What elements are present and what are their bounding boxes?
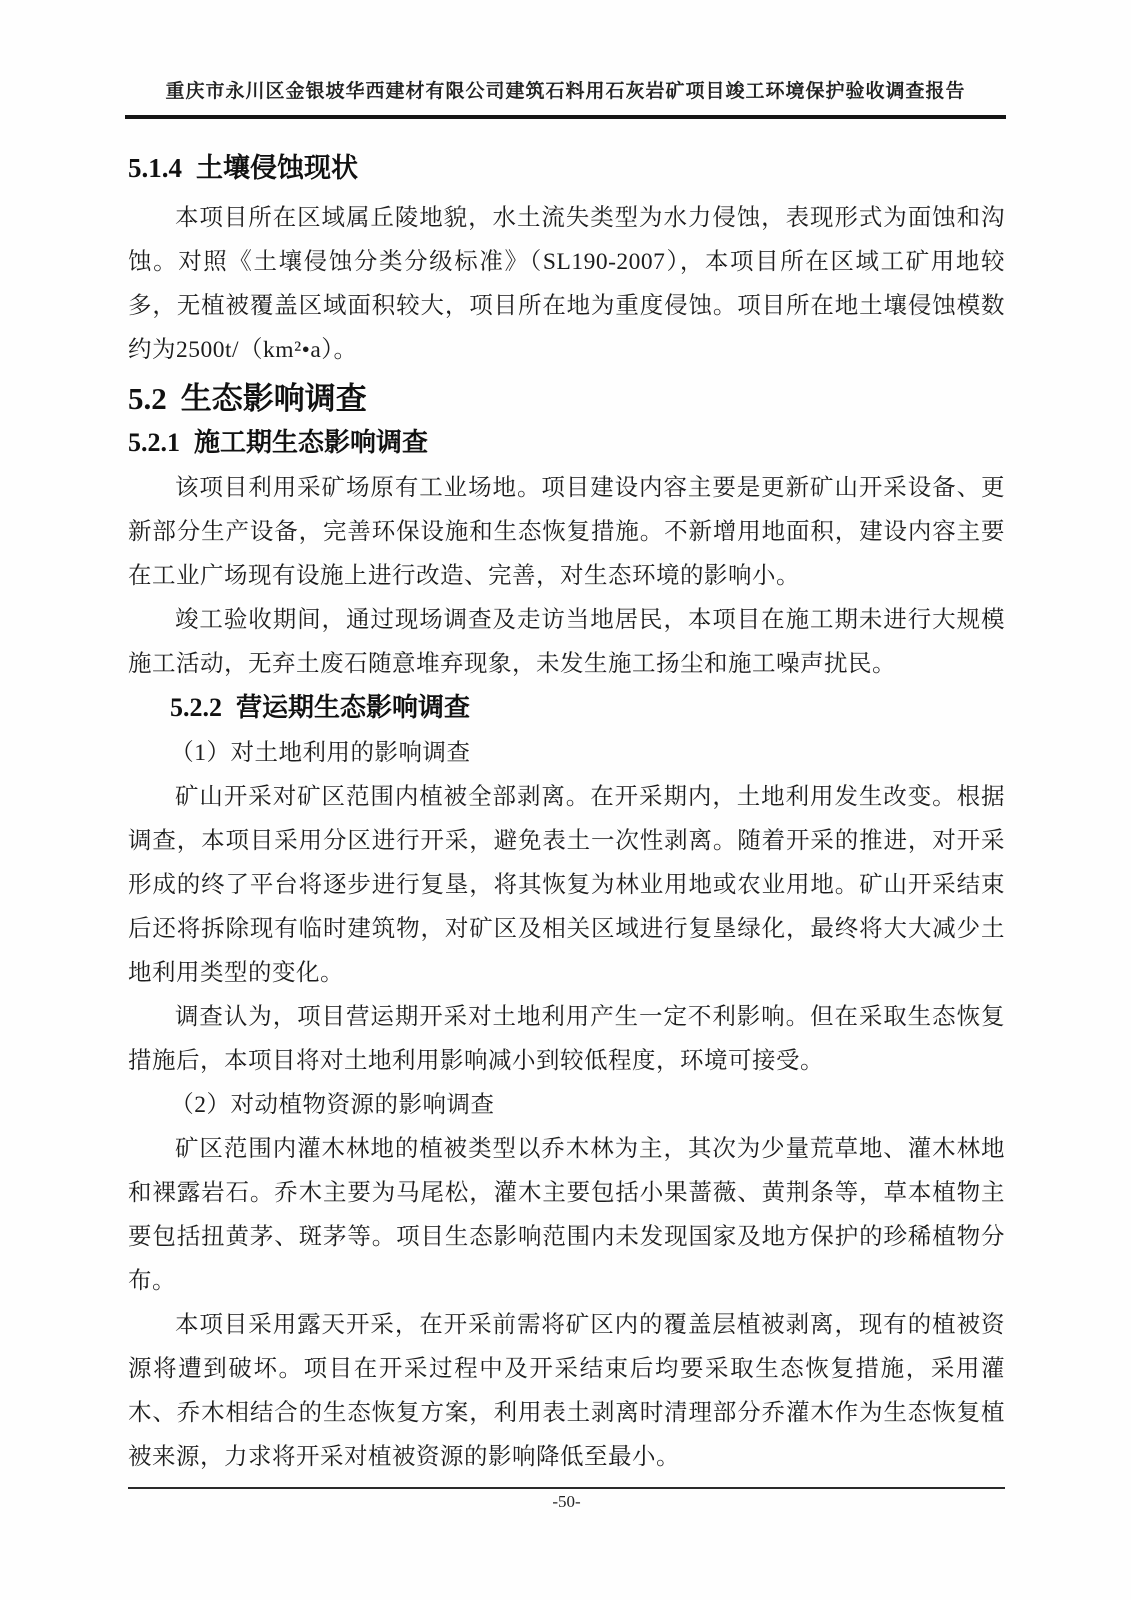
heading-5-1-4-number: 5.1.4 (128, 152, 182, 184)
paragraph-land-use-impact: 矿山开采对矿区范围内植被全部剥离。在开采期内，土地利用发生改变。根据调查，本项目… (128, 775, 1005, 995)
subitem-flora-fauna-survey: （2）对动植物资源的影响调查 (128, 1083, 1005, 1127)
paragraph-vegetation-types: 矿区范围内灌木林地的植被类型以乔木林为主，其次为少量荒草地、灌木林地和裸露岩石。… (128, 1127, 1005, 1303)
heading-5-2-2: 5.2.2营运期生态影响调查 (128, 692, 1005, 723)
heading-5-2: 5.2生态影响调查 (128, 380, 1005, 417)
paragraph-land-use-conclusion: 调查认为，项目营运期开采对土地利用产生一定不利影响。但在采取生态恢复措施后，本项… (128, 995, 1005, 1083)
heading-5-1-4: 5.1.4土壤侵蚀现状 (128, 152, 1005, 184)
page-header: 重庆市永川区金银坡华西建材有限公司建筑石料用石灰岩矿项目竣工环境保护验收调查报告 (125, 76, 1006, 119)
heading-5-2-1-number: 5.2.1 (128, 427, 180, 458)
header-title: 重庆市永川区金银坡华西建材有限公司建筑石料用石灰岩矿项目竣工环境保护验收调查报告 (125, 76, 1006, 119)
heading-5-2-number: 5.2 (128, 380, 167, 417)
page-footer: -50- (128, 1487, 1005, 1512)
heading-5-2-2-number: 5.2.2 (170, 692, 222, 723)
document-page: 重庆市永川区金银坡华西建材有限公司建筑石料用石灰岩矿项目竣工环境保护验收调查报告… (0, 0, 1131, 1600)
heading-5-2-1: 5.2.1施工期生态影响调查 (128, 427, 1005, 458)
page-number: -50- (128, 1489, 1005, 1512)
subitem-land-use-survey: （1）对土地利用的影响调查 (128, 731, 1005, 775)
heading-5-2-title: 生态影响调查 (181, 380, 367, 417)
heading-5-1-4-title: 土壤侵蚀现状 (196, 152, 358, 184)
heading-5-2-2-title: 营运期生态影响调查 (236, 692, 470, 723)
document-content: 5.1.4土壤侵蚀现状 本项目所在区域属丘陵地貌，水土流失类型为水力侵蚀，表现形… (128, 142, 1005, 1479)
paragraph-construction-site: 该项目利用采矿场原有工业场地。项目建设内容主要是更新矿山开采设备、更新部分生产设… (128, 466, 1005, 598)
paragraph-open-pit-mining: 本项目采用露天开采，在开采前需将矿区内的覆盖层植被剥离，现有的植被资源将遭到破坏… (128, 1303, 1005, 1479)
paragraph-soil-erosion: 本项目所在区域属丘陵地貌，水土流失类型为水力侵蚀，表现形式为面蚀和沟蚀。对照《土… (128, 196, 1005, 372)
heading-5-2-1-title: 施工期生态影响调查 (194, 427, 428, 458)
paragraph-completion-acceptance: 竣工验收期间，通过现场调查及走访当地居民，本项目在施工期未进行大规模施工活动，无… (128, 598, 1005, 686)
